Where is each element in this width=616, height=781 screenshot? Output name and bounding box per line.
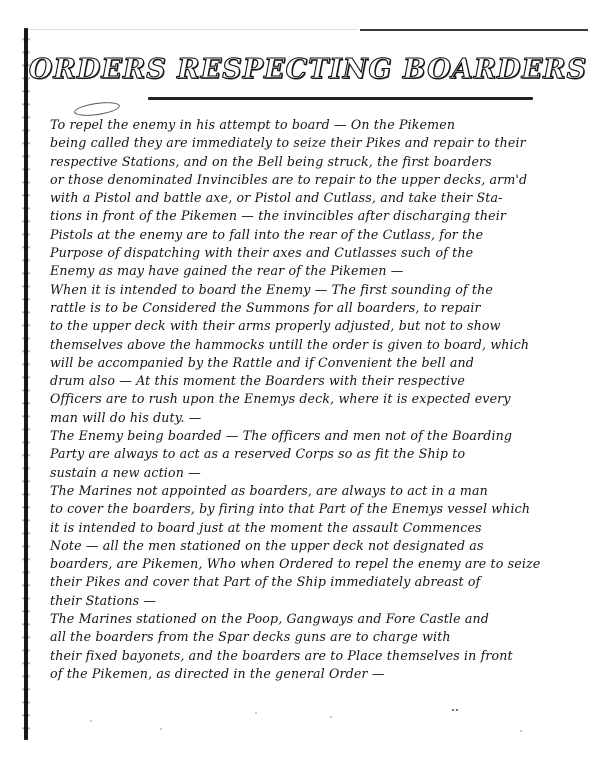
- paragraph-marines-cover: The Marines not appointed as boarders, a…: [50, 482, 590, 610]
- paragraph-marines-stationed: The Marines stationed on the Poop, Gangw…: [50, 610, 590, 683]
- text-line: Officers are to rush upon the Enemys dec…: [50, 390, 590, 408]
- text-line: The Marines not appointed as boarders, a…: [50, 482, 590, 500]
- paragraph-enemy-boarded: The Enemy being boarded — The officers a…: [50, 427, 590, 482]
- manuscript-body: To repel the enemy in his attempt to boa…: [50, 116, 590, 683]
- text-line: it is intended to board just at the mome…: [50, 519, 590, 537]
- text-line: boarders, are Pikemen, Who when Ordered …: [50, 555, 590, 573]
- document-title: ORDERS RESPECTING BOARDERS: [0, 54, 616, 85]
- text-line: with a Pistol and battle axe, or Pistol …: [50, 189, 590, 207]
- text-line: Enemy as may have gained the rear of the…: [50, 262, 590, 280]
- text-line: When it is intended to board the Enemy —…: [50, 281, 590, 299]
- title-underline: [148, 97, 533, 100]
- text-line: will be accompanied by the Rattle and if…: [50, 354, 590, 372]
- text-line: man will do his duty. —: [50, 409, 590, 427]
- text-line: tions in front of the Pikemen — the invi…: [50, 207, 590, 225]
- text-line: The Enemy being boarded — The officers a…: [50, 427, 590, 445]
- text-line: respective Stations, and on the Bell bei…: [50, 153, 590, 171]
- text-line: themselves above the hammocks untill the…: [50, 336, 590, 354]
- text-line: their Stations —: [50, 592, 590, 610]
- text-line: all the boarders from the Spar decks gun…: [50, 628, 590, 646]
- text-line: Pistols at the enemy are to fall into th…: [50, 226, 590, 244]
- top-edge-faint-line: [28, 29, 358, 30]
- text-line: drum also — At this moment the Boarders …: [50, 372, 590, 390]
- text-line: of the Pikemen, as directed in the gener…: [50, 665, 590, 683]
- text-line: To repel the enemy in his attempt to boa…: [50, 116, 590, 134]
- text-line: Note — all the men stationed on the uppe…: [50, 537, 590, 555]
- text-line: The Marines stationed on the Poop, Gangw…: [50, 610, 590, 628]
- left-binding-edge: [24, 28, 28, 740]
- text-line: their fixed bayonets, and the boarders a…: [50, 647, 590, 665]
- paragraph-repel-boarding: To repel the enemy in his attempt to boa…: [50, 116, 590, 281]
- text-line: being called they are immediately to sei…: [50, 134, 590, 152]
- top-edge-line: [360, 29, 588, 31]
- text-line: to the upper deck with their arms proper…: [50, 317, 590, 335]
- text-line: their Pikes and cover that Part of the S…: [50, 573, 590, 591]
- text-line: or those denominated Invincibles are to …: [50, 171, 590, 189]
- text-line: Purpose of dispatching with their axes a…: [50, 244, 590, 262]
- manuscript-page: ORDERS RESPECTING BOARDERS To repel the …: [0, 0, 616, 781]
- text-line: rattle is to be Considered the Summons f…: [50, 299, 590, 317]
- text-line: Party are always to act as a reserved Co…: [50, 445, 590, 463]
- paragraph-intended-board: When it is intended to board the Enemy —…: [50, 281, 590, 427]
- text-line: sustain a new action —: [50, 464, 590, 482]
- text-line: to cover the boarders, by firing into th…: [50, 500, 590, 518]
